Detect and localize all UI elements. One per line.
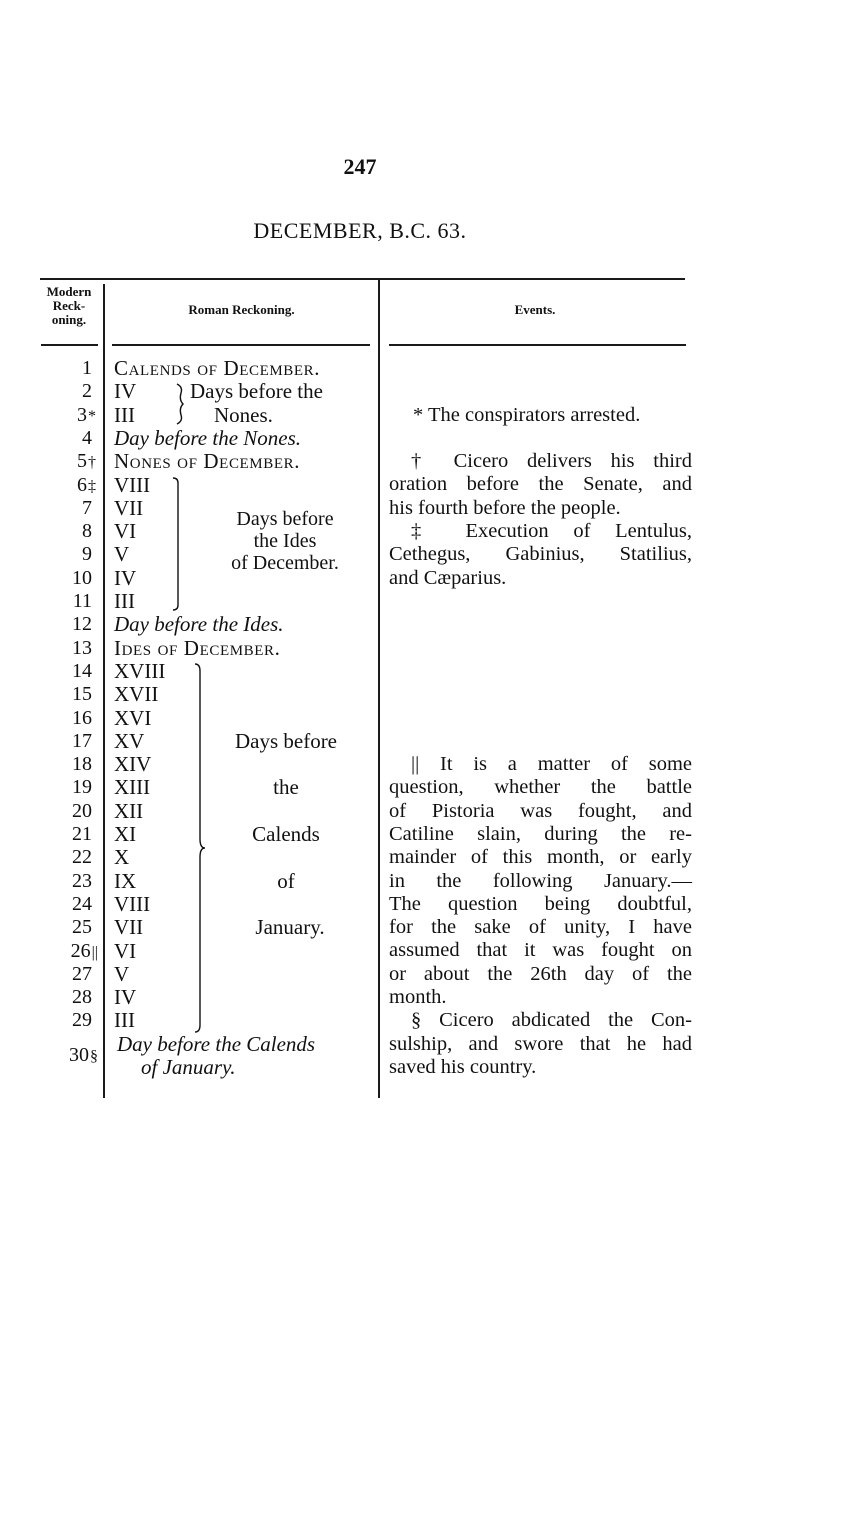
modern-day: 15	[40, 683, 92, 706]
roman-numeral: XVI	[114, 707, 151, 730]
event-conspirators-arrested: * The conspirators arrested.	[389, 404, 692, 427]
roman-day-before-calends: Day before the Calends of January.	[117, 1033, 315, 1080]
modern-day: 7	[40, 497, 92, 520]
modern-day: 10	[40, 567, 92, 590]
roman-numeral: XI	[114, 823, 136, 846]
modern-day: 23	[40, 870, 92, 893]
roman-numeral: IV	[114, 380, 136, 403]
roman-numeral: VI	[114, 520, 136, 543]
modern-day: 28	[40, 986, 92, 1009]
modern-day: 3*	[44, 404, 96, 428]
modern-day: 25	[40, 916, 92, 939]
roman-numeral: III	[114, 404, 135, 427]
header-modern-reckoning: Modern Reck- oning.	[36, 285, 102, 327]
modern-day: 19	[40, 776, 92, 799]
modern-day: 8	[40, 520, 92, 543]
header-modern-line2: Reck-	[36, 299, 102, 313]
modern-day: 11	[40, 590, 92, 613]
modern-day: 14	[40, 660, 92, 683]
header-events: Events.	[380, 303, 690, 317]
event-cicero-orations: † Cicero delivers his third oration befo…	[389, 450, 692, 590]
roman-numeral: III	[114, 590, 135, 613]
nones-group-label: Days before the Nones.	[190, 380, 360, 427]
modern-day: 21	[40, 823, 92, 846]
roman-day-before-nones: Day before the Nones.	[114, 427, 301, 450]
roman-numeral: IX	[114, 870, 136, 893]
modern-day: 13	[40, 637, 92, 660]
modern-day: 4	[40, 427, 92, 450]
modern-day: 16	[40, 707, 92, 730]
modern-day: 1	[40, 357, 92, 380]
modern-day: 6‡	[44, 474, 96, 498]
table-top-rule	[40, 278, 685, 280]
header-rule-roman	[112, 344, 370, 346]
roman-numeral: IV	[114, 567, 136, 590]
roman-numeral: XIV	[114, 753, 151, 776]
roman-numeral: XIII	[114, 776, 150, 799]
column-divider-roman	[378, 280, 380, 1098]
roman-numeral: VII	[114, 916, 143, 939]
column-divider-modern	[103, 284, 105, 1098]
roman-numeral: VIII	[114, 474, 150, 497]
modern-day: 20	[40, 800, 92, 823]
modern-day: 30§	[46, 1044, 98, 1068]
brace-icon	[194, 663, 208, 1033]
roman-numeral: VI	[114, 940, 136, 963]
modern-day: 26||	[46, 940, 98, 964]
roman-numeral: VII	[114, 497, 143, 520]
roman-numeral: V	[114, 543, 129, 566]
ides-group-label: Days before the Ides of December.	[200, 508, 370, 574]
roman-numeral: IV	[114, 986, 136, 1009]
roman-numeral: XVII	[114, 683, 158, 706]
roman-numeral: XV	[114, 730, 144, 753]
roman-numeral: V	[114, 963, 129, 986]
modern-day: 27	[40, 963, 92, 986]
roman-numeral: X	[114, 846, 129, 869]
roman-calends-december: Calends of December.	[114, 357, 320, 380]
roman-ides-december: Ides of December.	[114, 637, 280, 660]
roman-numeral: VIII	[114, 893, 150, 916]
bracket-icon	[172, 477, 182, 611]
header-modern-line3: oning.	[36, 313, 102, 327]
header-roman-reckoning: Roman Reckoning.	[105, 303, 378, 317]
page-number: 247	[0, 154, 720, 180]
roman-numeral: XVIII	[114, 660, 165, 683]
modern-day: 22	[40, 846, 92, 869]
modern-day: 18	[40, 753, 92, 776]
brace-icon	[174, 383, 186, 425]
modern-day: 29	[40, 1009, 92, 1032]
modern-day: 9	[40, 543, 92, 566]
roman-numeral: XII	[114, 800, 143, 823]
modern-day: 24	[40, 893, 92, 916]
modern-day: 12	[40, 613, 92, 636]
roman-day-before-ides: Day before the Ides.	[114, 613, 284, 636]
page-title: DECEMBER, B.C. 63.	[0, 218, 720, 244]
modern-day: 5†	[44, 450, 96, 474]
modern-day: 17	[40, 730, 92, 753]
calends-group-label: Days before the Calends of January.	[210, 730, 362, 963]
roman-numeral: III	[114, 1009, 135, 1032]
header-modern-line1: Modern	[36, 285, 102, 299]
header-rule-events	[389, 344, 686, 346]
header-rule-modern	[41, 344, 98, 346]
modern-day: 2	[40, 380, 92, 403]
roman-nones-december: Nones of December.	[114, 450, 300, 473]
event-battle-of-pistoria: || It is a matter of some question, whet…	[389, 753, 692, 1079]
